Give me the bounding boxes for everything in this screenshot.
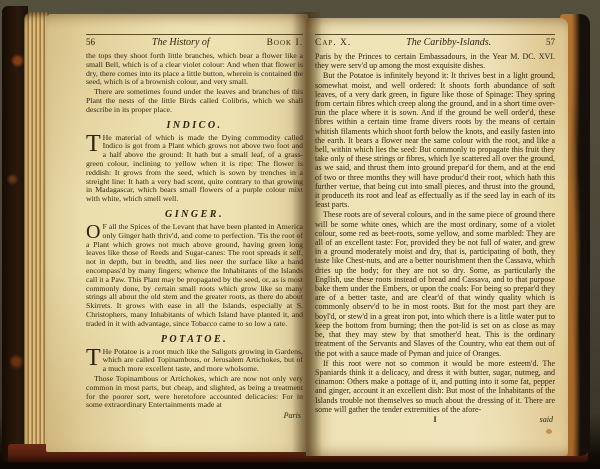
catchword: said xyxy=(540,415,553,424)
right-running-header: Cap. X. The Caribby-Islands. 57 xyxy=(315,34,555,48)
left-body-text: the tops they shoot forth little branche… xyxy=(86,52,303,421)
paragraph: Those Topinambous or Artichokes, which a… xyxy=(86,375,303,410)
left-catchword-line: Paris xyxy=(86,411,303,421)
left-page-number: 56 xyxy=(86,37,95,47)
paragraph-text: F all the Spices of the Levant that have… xyxy=(86,222,303,328)
right-page-text-block: Cap. X. The Caribby-Islands. 57 Paris by… xyxy=(315,34,555,452)
left-book-label: Book I. xyxy=(267,38,303,48)
book-scan-photo: 56 The History of Book I. the tops they … xyxy=(0,0,600,469)
drop-cap-letter: T xyxy=(86,348,103,368)
paragraph: These roots are of several colours, and … xyxy=(315,210,555,357)
paragraph-text: He Potatoe is a root much like the Salig… xyxy=(103,347,303,374)
section-heading-indico: INDICO. xyxy=(86,120,303,131)
paragraph: But the Potatoe is infinitely beyond it:… xyxy=(315,71,555,209)
paragraph-ginger: OF all the Spices of the Levant that hav… xyxy=(86,223,303,329)
left-running-header: 56 The History of Book I. xyxy=(86,34,303,48)
section-heading-ginger: GINGER. xyxy=(86,209,303,220)
left-page-text-block: 56 The History of Book I. the tops they … xyxy=(86,34,303,448)
left-page: 56 The History of Book I. the tops they … xyxy=(46,14,308,452)
left-running-head-title: The History of xyxy=(152,37,210,48)
drop-cap-letter: T xyxy=(86,134,103,154)
section-heading-potatoe: POTATOE. xyxy=(86,334,303,345)
paragraph-indico: THe material of which is made the Dying … xyxy=(86,134,303,204)
right-running-head-title: The Caribby-Islands. xyxy=(406,37,491,48)
paragraph-continuation: Paris by the Princes to certain Embassad… xyxy=(315,52,555,70)
paragraph-potatoe: THe Potatoe is a root much like the Sali… xyxy=(86,348,303,374)
foxing-stain xyxy=(546,429,552,434)
paragraph-continuation: the tops they shoot forth little branche… xyxy=(86,52,303,87)
drop-cap-letter: O xyxy=(86,223,102,240)
signature-mark: I xyxy=(433,415,436,424)
right-body-text: Paris by the Princes to certain Embassad… xyxy=(315,52,555,425)
right-page: Cap. X. The Caribby-Islands. 57 Paris by… xyxy=(306,18,568,456)
chapter-label: Cap. X. xyxy=(315,38,351,48)
right-signature-line: I said xyxy=(315,415,555,425)
right-page-number: 57 xyxy=(546,37,555,47)
catchword: Paris xyxy=(284,411,301,420)
paragraph: There are sometimes found under the leav… xyxy=(86,88,303,114)
paragraph-text: He material of which is made the Dying c… xyxy=(86,133,303,204)
paragraph: If this root were not so common it would… xyxy=(315,359,555,414)
